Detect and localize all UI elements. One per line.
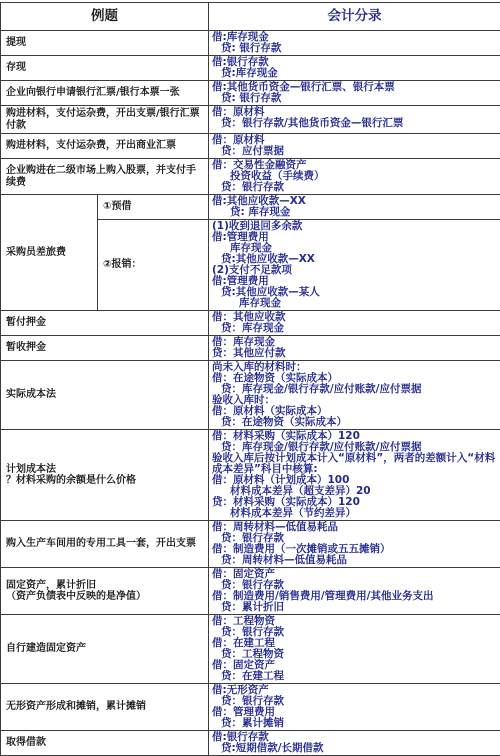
example-cell: 计划成本法 ？材料采购的余额是什么价格 <box>1 430 209 521</box>
entry-cell: 尚未入库的材料时：借：在途物资（实际成本）贷：库存现金/银行存款/应付账款/应付… <box>209 361 500 430</box>
example-cell: 存现 <box>1 56 209 81</box>
table-row: 采购员差旅费①预借借:其他应收款—XX贷: 库存现金 <box>1 195 500 220</box>
table-row: 无形资产形成和摊销，累计摊销借:无形资产贷：银行存款借：管理费用贷：累计摊销 <box>1 684 500 731</box>
table-row: 企业购进在二级市场上购入股票，并支付手续费借：交易性金融资产投资收益（手续费）贷… <box>1 159 500 195</box>
entry-line: 贷：银行存款 <box>212 182 498 193</box>
table-row: 暂付押金借：其他应收款贷：库存现金 <box>1 311 500 336</box>
table-body: 提现借:库存现金贷: 银行存款存现借:银行存款贷:库存现金企业向银行申请银行汇票… <box>1 31 500 756</box>
example-cell: 企业购进在二级市场上购入股票，并支付手续费 <box>1 159 209 195</box>
entry-line: 贷：在建工程 <box>212 671 498 682</box>
entry-cell: (1)收到退回多余款借:管理费用库存现金贷:其他应收款—XX(2)支付不足款项借… <box>209 220 500 311</box>
example-cell: 提现 <box>1 31 209 56</box>
example-cell: 采购员差旅费 <box>1 195 98 311</box>
table-row: 购入生产车间用的专用工具一套，开出支票借：周转材料—低值易耗品贷：银行存款借：制… <box>1 521 500 568</box>
entry-line: 贷：在途物资（实际成本） <box>212 417 498 428</box>
entry-cell: 借：材料采购（实际成本）120贷：库存现金/银行存款/应付账款/应付票据验收入库… <box>209 430 500 521</box>
entry-line: 贷: 银行存款 <box>212 93 498 104</box>
entry-line: 贷：其他应付款 <box>212 348 498 359</box>
entry-line: 库存现金 <box>212 298 498 309</box>
table-row: 暂收押金借：库存现金贷：其他应付款 <box>1 336 500 361</box>
entry-cell: 借:银行存款贷:短期借款/长期借款 <box>209 731 500 756</box>
entry-cell: 借：工程物资贷：银行存款借：在建工程贷：工程物资借：固定资产贷：在建工程 <box>209 615 500 684</box>
table-row: 购进材料，支付运杂费，开出商业汇票借：原材料贷：应付票据 <box>1 134 500 159</box>
table-row: 存现借:银行存款贷:库存现金 <box>1 56 500 81</box>
entry-cell: 借:其他应收款—XX贷: 库存现金 <box>209 195 500 220</box>
table-row: 购进材料，支付运杂费，开出支票/银行汇票付款借：原材料贷：银行存款/其他货币资金… <box>1 106 500 134</box>
entry-cell: 借：库存现金贷：其他应付款 <box>209 336 500 361</box>
entry-line: 贷:库存现金 <box>212 68 498 79</box>
entry-cell: 借：原材料贷：银行存款/其他货币资金—银行汇票 <box>209 106 500 134</box>
example-cell: 企业向银行申请银行汇票/银行本票一张 <box>1 81 209 106</box>
entry-line: 贷: 库存现金 <box>212 207 498 218</box>
entry-cell: 借:库存现金贷: 银行存款 <box>209 31 500 56</box>
document-page: 例题 会计分录 提现借:库存现金贷: 银行存款存现借:银行存款贷:库存现金企业向… <box>0 0 500 756</box>
entry-line: 贷：库存现金 <box>212 323 498 334</box>
table-row: 提现借:库存现金贷: 银行存款 <box>1 31 500 56</box>
entry-line: 贷:短期借款/长期借款 <box>212 743 498 754</box>
table-row: 计划成本法 ？材料采购的余额是什么价格借：材料采购（实际成本）120贷：库存现金… <box>1 430 500 521</box>
example-cell: 自行建造固定资产 <box>1 615 209 684</box>
sub-label-cell: ①预借 <box>98 195 209 220</box>
entry-line: 贷：应付票据 <box>212 146 498 157</box>
entry-cell: 借:无形资产贷：银行存款借：管理费用贷：累计摊销 <box>209 684 500 731</box>
entry-line: 贷：银行存款/其他货币资金—银行汇票 <box>212 118 498 129</box>
example-cell: 实际成本法 <box>1 361 209 430</box>
header-entries: 会计分录 <box>209 3 500 31</box>
example-cell: 暂付押金 <box>1 311 209 336</box>
example-cell: 暂收押金 <box>1 336 209 361</box>
entry-line: 验收入库后按计划成本计入“原材料”，两者的差额计入“材料成本差异”科目中核算: <box>212 453 498 475</box>
accounting-entries-table: 例题 会计分录 提现借:库存现金贷: 银行存款存现借:银行存款贷:库存现金企业向… <box>0 2 500 756</box>
entry-cell: 借:银行存款贷:库存现金 <box>209 56 500 81</box>
table-row: 取得借款借:银行存款贷:短期借款/长期借款 <box>1 731 500 756</box>
entry-line: 贷：累计折旧 <box>212 602 498 613</box>
entry-line: 贷：周转材料—低值易耗品 <box>212 555 498 566</box>
example-cell: 无形资产形成和摊销，累计摊销 <box>1 684 209 731</box>
entry-line: 贷: 银行存款 <box>212 43 498 54</box>
entry-cell: 借：交易性金融资产投资收益（手续费）贷：银行存款 <box>209 159 500 195</box>
sub-label-cell: ②报销： <box>98 220 209 311</box>
example-cell: 购进材料，支付运杂费，开出商业汇票 <box>1 134 209 159</box>
entry-line: 材料成本差异（节约差异） <box>212 508 498 519</box>
header-examples: 例题 <box>1 3 209 31</box>
entry-cell: 借：原材料贷：应付票据 <box>209 134 500 159</box>
entry-cell: 借：其他应收款贷：库存现金 <box>209 311 500 336</box>
header-row: 例题 会计分录 <box>1 3 500 31</box>
entry-cell: 借：固定资产贷：银行存款借：制造费用/销售费用/管理费用/其他业务支出贷：累计折… <box>209 568 500 615</box>
table-row: 实际成本法尚未入库的材料时：借：在途物资（实际成本）贷：库存现金/银行存款/应付… <box>1 361 500 430</box>
entry-cell: 借:其他货币资金—银行汇票、银行本票贷: 银行存款 <box>209 81 500 106</box>
table-row: 自行建造固定资产借：工程物资贷：银行存款借：在建工程贷：工程物资借：固定资产贷：… <box>1 615 500 684</box>
entry-cell: 借：周转材料—低值易耗品贷：银行存款借：制造费用（一次摊销或五五摊销）贷：周转材… <box>209 521 500 568</box>
example-cell: 购进材料，支付运杂费，开出支票/银行汇票付款 <box>1 106 209 134</box>
entry-line: 贷：累计摊销 <box>212 718 498 729</box>
example-cell: 固定资产，累计折旧 （资产负债表中反映的是净值） <box>1 568 209 615</box>
table-row: 固定资产，累计折旧 （资产负债表中反映的是净值）借：固定资产贷：银行存款借：制造… <box>1 568 500 615</box>
table-row: 企业向银行申请银行汇票/银行本票一张借:其他货币资金—银行汇票、银行本票贷: 银… <box>1 81 500 106</box>
example-cell: 购入生产车间用的专用工具一套，开出支票 <box>1 521 209 568</box>
example-cell: 取得借款 <box>1 731 209 756</box>
